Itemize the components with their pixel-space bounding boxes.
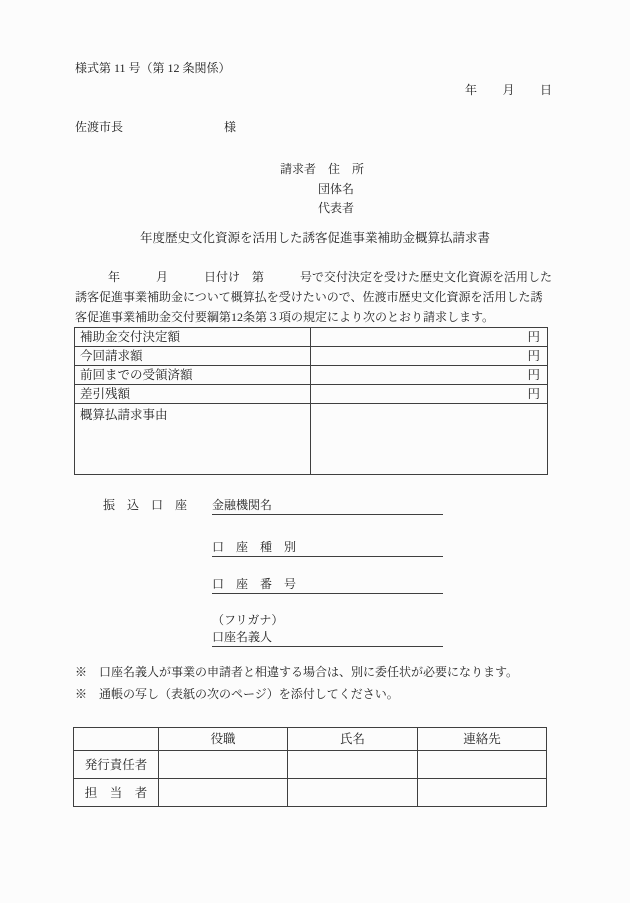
amount-row-unit: 円 [311, 385, 548, 404]
table-row: 補助金交付決定額 円 [75, 328, 548, 347]
addressee-name: 佐渡市長 [75, 120, 123, 134]
table-row: 今回請求額 円 [75, 347, 548, 366]
bank-field-label: 口 座 種 別 [212, 540, 296, 554]
amount-row-unit: 円 [311, 328, 548, 347]
contact-row-label: 担 当 者 [74, 779, 159, 807]
table-row: 差引残額 円 [75, 385, 548, 404]
contact-cell-name [288, 779, 418, 807]
table-row: 担 当 者 [74, 779, 547, 807]
contact-row-label: 発行責任者 [74, 751, 159, 779]
note-passbook-copy: ※ 通帳の写し（表紙の次のページ）を添付してください。 [75, 686, 399, 702]
body-paragraph: 年 月 日付け 第 号で交付決定を受けた歴史文化資源を活用した 誘客促進事業補助… [75, 267, 555, 327]
amount-row-label: 前回までの受領済額 [75, 366, 311, 385]
contact-table: 役職 氏名 連絡先 発行責任者 担 当 者 [73, 727, 547, 807]
contact-cell-position [159, 751, 288, 779]
document-page: 様式第 11 号（第 12 条関係） 年 月 日 佐渡市長様 請求者 住 所 団… [0, 0, 630, 903]
contact-corner-cell [74, 728, 159, 751]
form-number: 様式第 11 号（第 12 条関係） [75, 60, 231, 76]
bank-field-label: （フリガナ） [212, 613, 283, 627]
table-row: 前回までの受領済額 円 [75, 366, 548, 385]
addressee-line: 佐渡市長様 [75, 119, 236, 135]
amount-row-unit: 円 [311, 347, 548, 366]
note-delegation: ※ 口座名義人が事業の申請者と相違する場合は、別に委任状が必要になります。 [75, 664, 518, 680]
bank-field-label: 口座名義人 [212, 630, 272, 644]
bank-field-account-type: 口 座 種 別 [212, 539, 443, 557]
table-row: 発行責任者 [74, 751, 547, 779]
addressee-honorific: 様 [224, 120, 236, 134]
bank-field-label: 金融機関名 [212, 498, 272, 512]
bank-field-furigana: （フリガナ） [212, 612, 443, 629]
body-line-2: 誘客促進事業補助金について概算払を受けたいので、佐渡市歴史文化資源を活用した誘 [75, 287, 555, 307]
requester-block: 請求者 住 所 団体名 代表者 [280, 160, 364, 219]
contact-header-position: 役職 [159, 728, 288, 751]
requester-org-line: 団体名 [280, 180, 364, 200]
amount-table: 補助金交付決定額 円 今回請求額 円 前回までの受領済額 円 差引残額 円 概算… [74, 327, 548, 475]
contact-cell-contact [418, 779, 547, 807]
bank-field-account-number: 口 座 番 号 [212, 576, 443, 594]
contact-cell-name [288, 751, 418, 779]
table-row: 概算払請求事由 [75, 404, 548, 475]
contact-header-contact: 連絡先 [418, 728, 547, 751]
table-header-row: 役職 氏名 連絡先 [74, 728, 547, 751]
bank-field-holder-name: 口座名義人 [212, 629, 443, 647]
document-title: 年度歴史文化資源を活用した誘客促進事業補助金概算払請求書 [0, 230, 630, 246]
date-blank-line: 年 月 日 [465, 82, 553, 98]
body-line-1: 年 月 日付け 第 号で交付決定を受けた歴史文化資源を活用した [75, 267, 555, 287]
reason-label: 概算払請求事由 [75, 404, 311, 475]
contact-cell-contact [418, 751, 547, 779]
amount-row-unit: 円 [311, 366, 548, 385]
bank-field-label: 口 座 番 号 [212, 577, 296, 591]
body-line-3: 客促進事業補助金交付要綱第12条第３項の規定により次のとおり請求します。 [75, 307, 555, 327]
amount-row-label: 補助金交付決定額 [75, 328, 311, 347]
requester-address-line: 請求者 住 所 [280, 160, 364, 180]
contact-header-name: 氏名 [288, 728, 418, 751]
requester-representative-line: 代表者 [280, 199, 364, 219]
bank-field-institution: 金融機関名 [212, 497, 443, 515]
contact-cell-position [159, 779, 288, 807]
reason-value-cell [311, 404, 548, 475]
bank-section-label: 振 込 口 座 [103, 497, 187, 513]
amount-row-label: 今回請求額 [75, 347, 311, 366]
amount-row-label: 差引残額 [75, 385, 311, 404]
